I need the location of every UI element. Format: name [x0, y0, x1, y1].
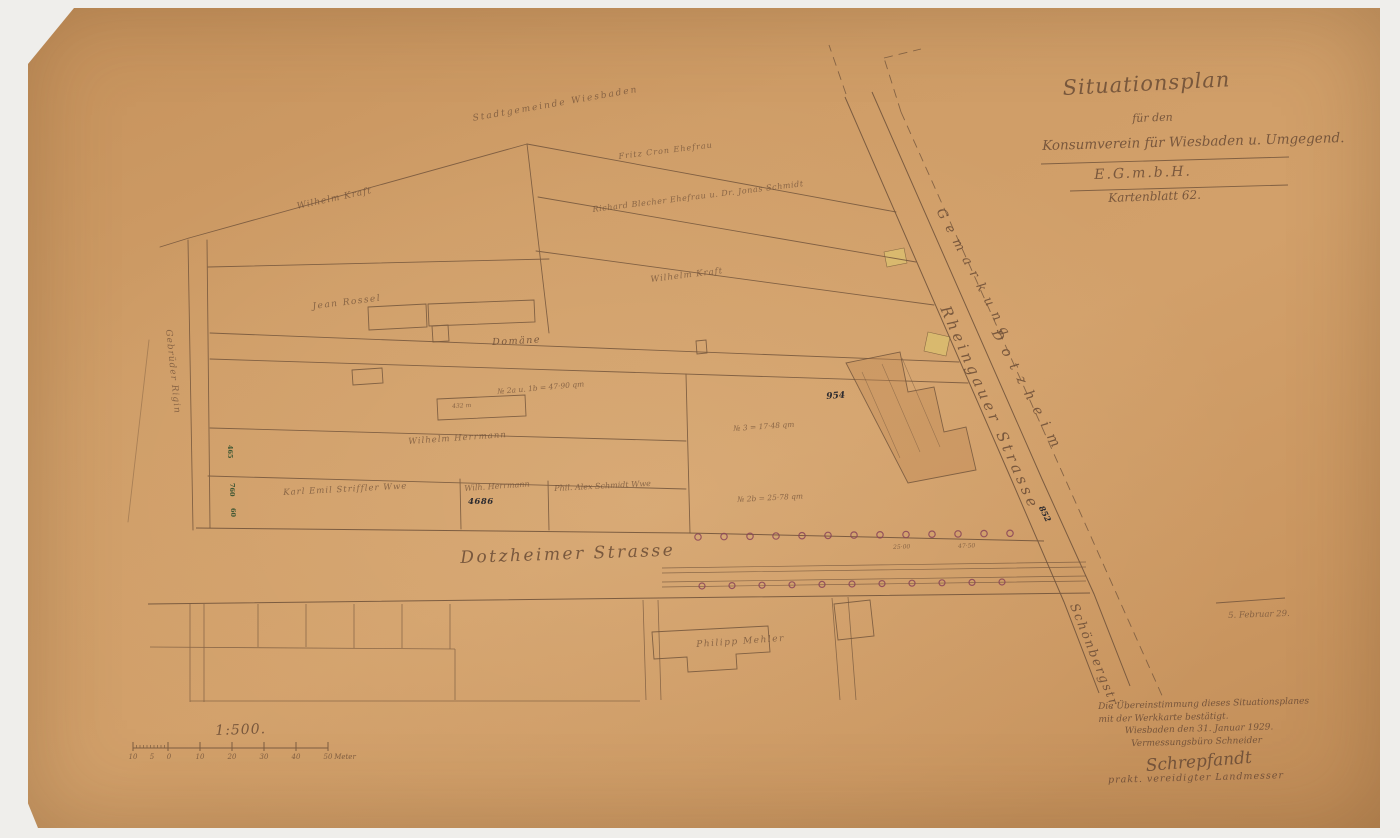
plot-number-954: 954 [826, 391, 845, 402]
scale-ratio: 1:500. [215, 721, 266, 739]
scale-bar [133, 742, 328, 751]
track-lines [662, 562, 1086, 587]
street-dimension-1: 25·00 [893, 543, 910, 551]
plan-subtitle-egmbh: E.G.m.b.H. [1094, 164, 1192, 183]
building-outlines [352, 300, 976, 672]
parcel-boundaries [128, 144, 968, 533]
certification-note: Die Übereinstimmung dieses Situationspla… [1098, 695, 1311, 787]
scale-tick-label: 10 [126, 753, 140, 761]
plot-number-green-60: 60 [229, 508, 237, 517]
scale-unit-label: Meter [330, 753, 360, 761]
plan-subtitle-fur-den: für den [1132, 111, 1173, 125]
south-block-boundaries [150, 597, 856, 702]
plot-number-4686: 4686 [468, 497, 494, 507]
scale-tick-label: 20 [225, 753, 239, 761]
scale-tick-label: 40 [289, 753, 303, 761]
plot-number-green-465: 465 [226, 445, 234, 459]
plot-number-green-760: 760 [228, 483, 236, 497]
scale-tick-label: 10 [193, 753, 207, 761]
scale-tick-label: 30 [257, 753, 271, 761]
street-dimension-2: 47·50 [958, 542, 975, 550]
title-underlines [1041, 157, 1289, 603]
scale-tick-label: 0 [162, 753, 176, 761]
highlight-patches [884, 248, 950, 356]
scanned-site-plan: { "plan": { "title_block": { "title": "S… [0, 0, 1400, 838]
measurement-432m: 432 m [452, 402, 471, 410]
scale-tick-label: 5 [145, 753, 159, 761]
